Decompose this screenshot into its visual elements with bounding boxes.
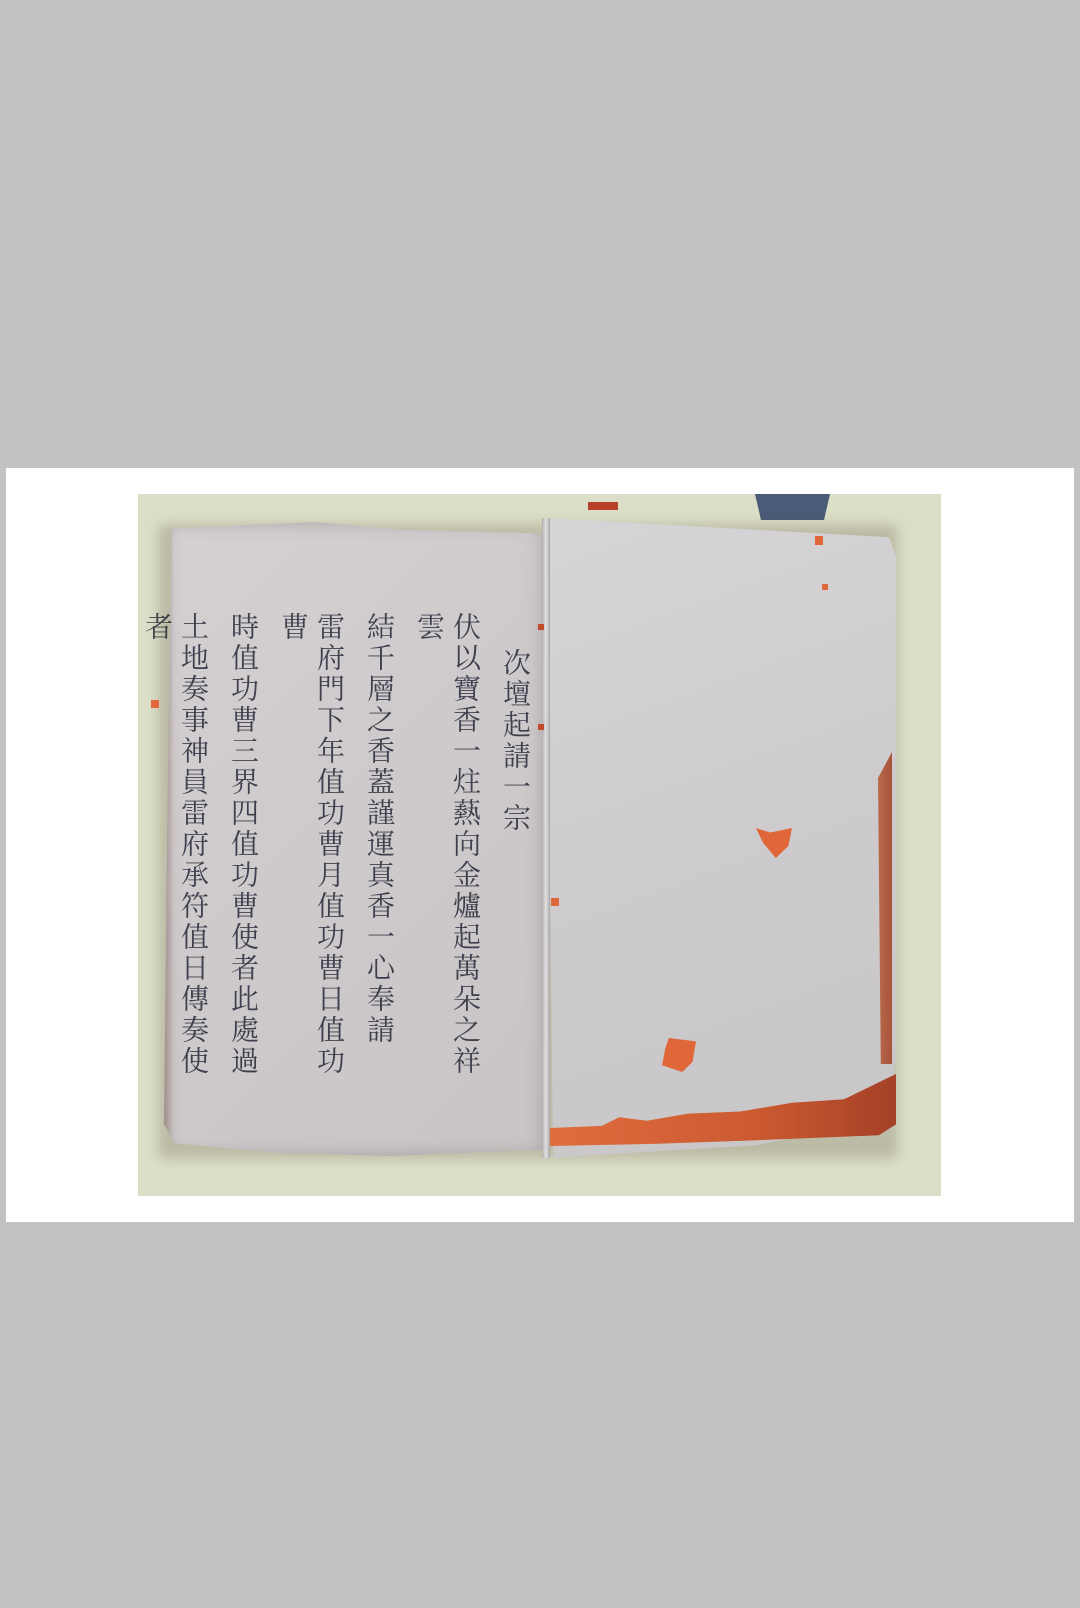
text-column: 伏以寶香一炷爇向金爐起萬朵之祥雲 <box>411 612 483 1082</box>
manuscript-text: 次壇起請一宗 伏以寶香一炷爇向金爐起萬朵之祥雲 結千層之香蓋謹運真香一心奉請 雷… <box>188 612 533 1082</box>
paper-tear <box>588 502 618 510</box>
paper-tear <box>538 724 544 730</box>
book-spine <box>542 518 550 1158</box>
blue-cloth-tab <box>755 494 830 520</box>
paper-tear <box>551 898 559 906</box>
text-column-title: 次壇起請一宗 <box>497 648 533 1082</box>
text-column: 時值功曹三界四值功曹使者此處過 <box>225 612 261 1082</box>
right-page <box>546 518 896 1158</box>
paper-tear <box>538 624 544 630</box>
text-column: 土地奏事神員雷府承符值日傳奏使者 <box>139 612 211 1082</box>
text-column: 雷府門下年值功曹月值功曹日值功曹 <box>275 612 347 1082</box>
manuscript-photo: 次壇起請一宗 伏以寶香一炷爇向金爐起萬朵之祥雲 結千層之香蓋謹運真香一心奉請 雷… <box>138 494 941 1196</box>
paper-tear <box>815 536 823 545</box>
paper-tear <box>822 584 828 590</box>
text-column: 結千層之香蓋謹運真香一心奉請 <box>361 612 397 1082</box>
